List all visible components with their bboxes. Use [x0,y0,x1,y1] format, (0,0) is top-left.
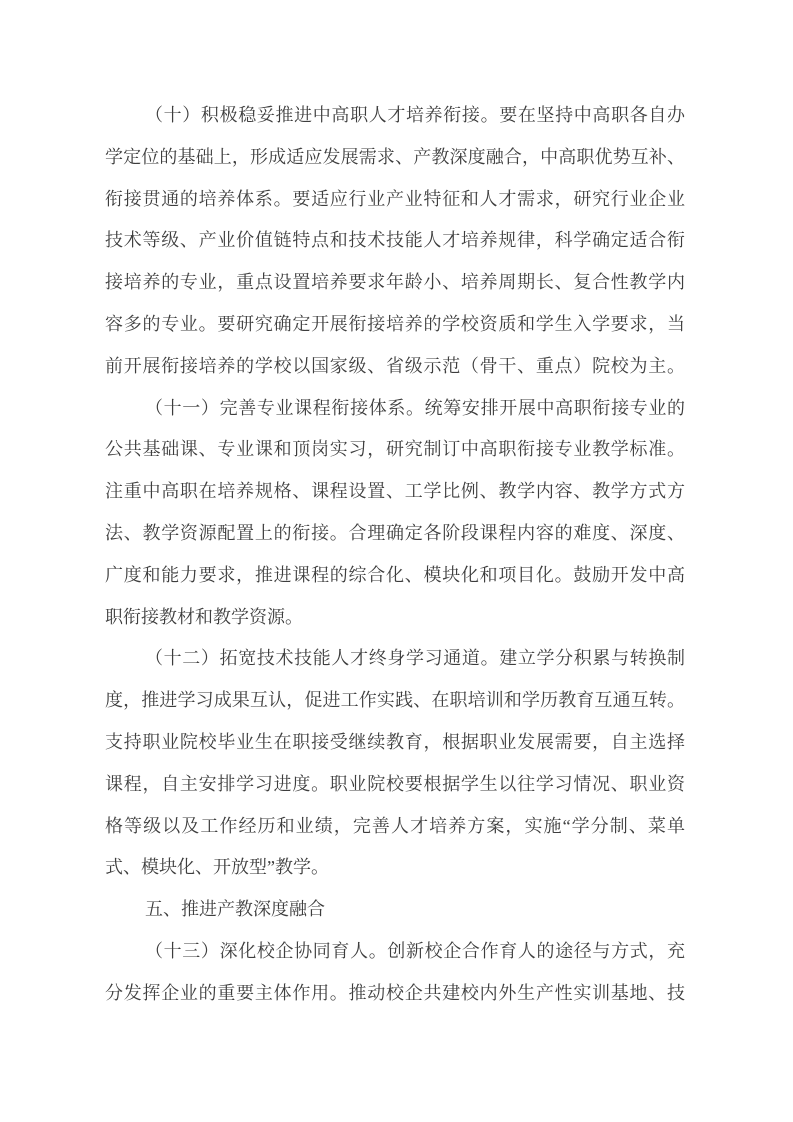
text-line: 容多的专业。要研究确定开展衔接培养的学校资质和学生入学要求，当 [105,304,685,346]
document-page: （十）积极稳妥推进中高职人才培养衔接。要在坚持中高职各自办 学定位的基础上，形成… [0,0,793,1122]
paragraph-clause-12: （十二）拓宽技术技能人才终身学习通道。建立学分积累与转换制 度，推进学习成果互认… [105,638,685,889]
text-line: 衔接贯通的培养体系。要适应行业产业特征和人才需求，研究行业企业 [105,179,685,221]
text-line: 度，推进学习成果互认，促进工作实践、在职培训和学历教育互通互转。 [105,680,685,722]
text-line: （十一）完善专业课程衔接体系。统筹安排开展中高职衔接专业的 [105,388,685,430]
text-line: 接培养的专业，重点设置培养要求年龄小、培养周期长、复合性教学内 [105,262,685,304]
paragraph-clause-11: （十一）完善专业课程衔接体系。统筹安排开展中高职衔接专业的 公共基础课、专业课和… [105,388,685,639]
paragraph-clause-10: （十）积极稳妥推进中高职人才培养衔接。要在坚持中高职各自办 学定位的基础上，形成… [105,95,685,388]
text-line: 法、教学资源配置上的衔接。合理确定各阶段课程内容的难度、深度、 [105,513,685,555]
text-line: 格等级以及工作经历和业绩，完善人才培养方案，实施“学分制、菜单 [105,806,685,848]
text-line: 课程，自主安排学习进度。职业院校要根据学生以往学习情况、职业资 [105,764,685,806]
document-body: （十）积极稳妥推进中高职人才培养衔接。要在坚持中高职各自办 学定位的基础上，形成… [105,95,685,1015]
paragraph-clause-13: （十三）深化校企协同育人。创新校企合作育人的途径与方式，充 分发挥企业的重要主体… [105,931,685,1015]
text-line: 广度和能力要求，推进课程的综合化、模块化和项目化。鼓励开发中高 [105,555,685,597]
text-line: 学定位的基础上，形成适应发展需求、产教深度融合，中高职优势互补、 [105,137,685,179]
text-line: 技术等级、产业价值链特点和技术技能人才培养规律，科学确定适合衔 [105,220,685,262]
section-heading-5: 五、推进产教深度融合 [105,889,685,931]
text-line: （十）积极稳妥推进中高职人才培养衔接。要在坚持中高职各自办 [105,95,685,137]
text-line: 支持职业院校毕业生在职接受继续教育，根据职业发展需要，自主选择 [105,722,685,764]
text-line: 职衔接教材和教学资源。 [105,597,685,639]
text-line: （十二）拓宽技术技能人才终身学习通道。建立学分积累与转换制 [105,638,685,680]
text-line: 分发挥企业的重要主体作用。推动校企共建校内外生产性实训基地、技 [105,973,685,1015]
text-line: 公共基础课、专业课和顶岗实习，研究制订中高职衔接专业教学标准。 [105,429,685,471]
text-line: 注重中高职在培养规格、课程设置、工学比例、教学内容、教学方式方 [105,471,685,513]
text-line: （十三）深化校企协同育人。创新校企合作育人的途径与方式，充 [105,931,685,973]
text-line: 式、模块化、开放型”教学。 [105,847,685,889]
section-heading-line: 五、推进产教深度融合 [105,889,685,931]
text-line: 前开展衔接培养的学校以国家级、省级示范（骨干、重点）院校为主。 [105,346,685,388]
